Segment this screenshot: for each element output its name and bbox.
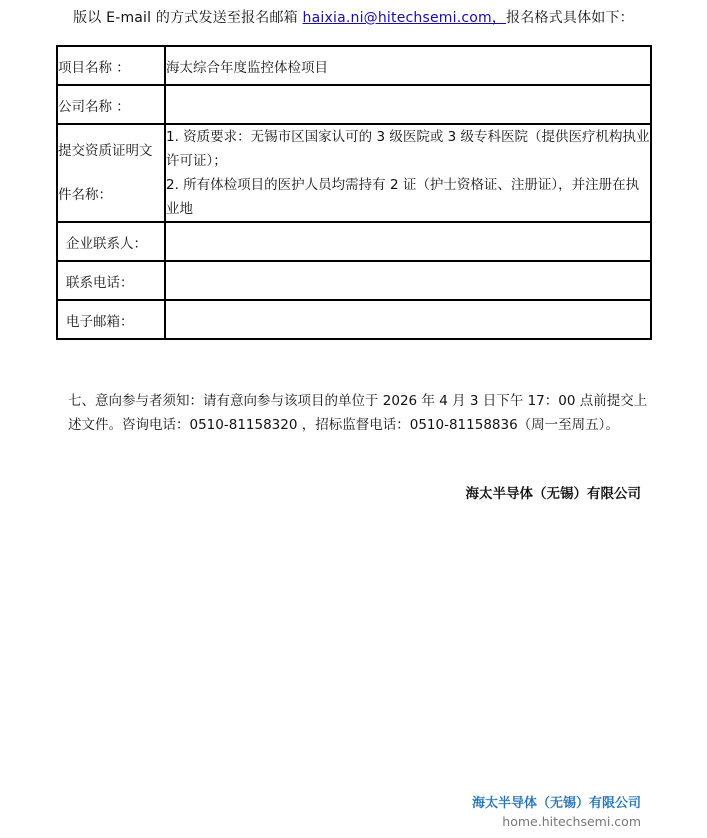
intro-text-after: 报名格式具体如下： (506, 10, 634, 26)
project-name-label: 项目名称 ： (57, 46, 165, 85)
email-label: 电子邮箱： (57, 300, 165, 339)
requirement-item-1: 1. 资质要求：无锡市区国家认可的 3 级医院或 3 级专科医院（提供医疗机构执… (166, 125, 650, 173)
participant-notice: 七、意向参与者须知：请有意向参与该项目的单位于 2026 年 4 月 3 日下午… (68, 389, 648, 437)
table-row: 电子邮箱： (57, 300, 651, 339)
contact-person-label: 企业联系人： (57, 222, 165, 261)
table-row: 提交资质证明文件名称： 1. 资质要求：无锡市区国家认可的 3 级医院或 3 级… (57, 124, 651, 222)
project-name-value: 海太综合年度监控体检项目 (165, 46, 651, 85)
qualification-requirements: 1. 资质要求：无锡市区国家认可的 3 级医院或 3 级专科医院（提供医疗机构执… (165, 124, 651, 222)
company-name-field[interactable] (165, 85, 651, 124)
intro-line: 版以 E-mail 的方式发送至报名邮箱 haixia.ni@hitechsem… (0, 8, 707, 28)
table-row: 公司名称 ： (57, 85, 651, 124)
email-link[interactable]: haixia.ni@hitechsemi.com， (303, 10, 507, 26)
footer-url: home.hitechsemi.com (502, 814, 641, 829)
table-row: 项目名称 ： 海太综合年度监控体检项目 (57, 46, 651, 85)
intro-text-before: 版以 E-mail 的方式发送至报名邮箱 (73, 10, 302, 26)
table-row: 联系电话： (57, 261, 651, 300)
phone-label: 联系电话： (57, 261, 165, 300)
requirement-item-2: 2. 所有体检项目的医护人员均需持有 2 证（护士资格证、注册证），并注册在执业… (166, 173, 650, 221)
qualification-docs-label: 提交资质证明文件名称： (57, 124, 165, 222)
contact-person-field[interactable] (165, 222, 651, 261)
registration-form-table: 项目名称 ： 海太综合年度监控体检项目 公司名称 ： 提交资质证明文件名称： 1… (56, 45, 652, 340)
table-row: 企业联系人： (57, 222, 651, 261)
company-name-label: 公司名称 ： (57, 85, 165, 124)
email-field[interactable] (165, 300, 651, 339)
phone-field[interactable] (165, 261, 651, 300)
company-signature: 海太半导体（无锡）有限公司 (466, 482, 642, 502)
footer-company-name: 海太半导体（无锡）有限公司 (472, 792, 641, 811)
